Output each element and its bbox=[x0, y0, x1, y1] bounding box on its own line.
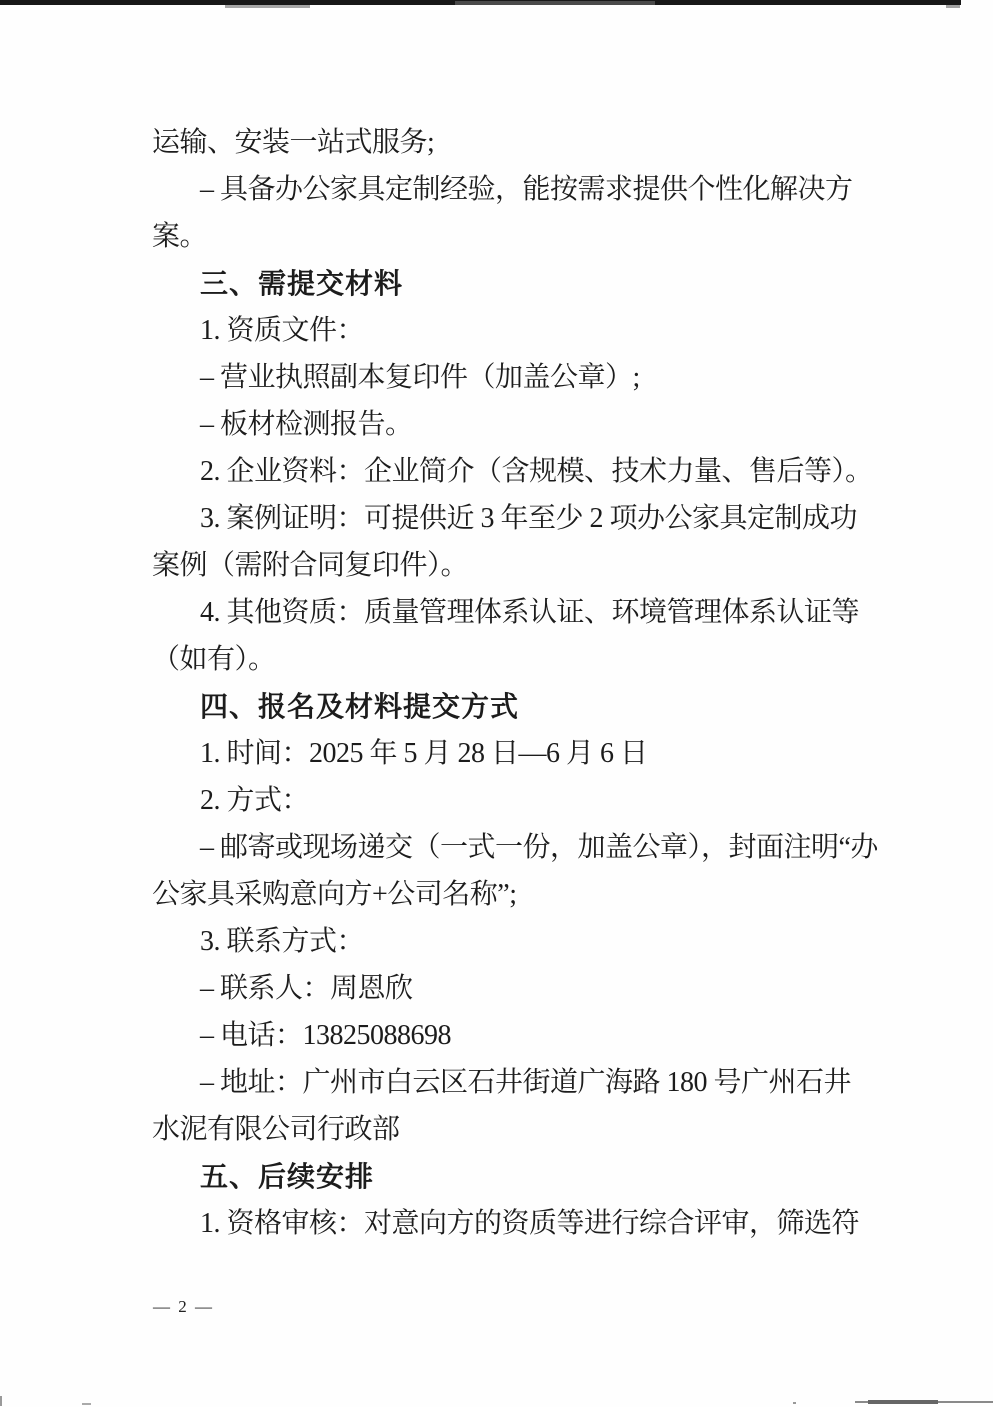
doc-line-contact-address: – 地址：广州市白云区石井街道广海路 180 号广州石井 bbox=[152, 1059, 846, 1106]
doc-line: 案。 bbox=[152, 213, 846, 260]
doc-line: 案例（需附合同复印件）。 bbox=[152, 542, 846, 589]
doc-line: 1. 资格审核：对意向方的资质等进行综合评审，筛选符 bbox=[152, 1200, 846, 1247]
doc-line: 公家具采购意向方+公司名称”; bbox=[152, 871, 846, 918]
scan-artifact-top-right-tick bbox=[946, 5, 960, 8]
doc-line: 3. 案例证明：可提供近 3 年至少 2 项办公家具定制成功 bbox=[152, 495, 846, 542]
doc-line-contact-person: – 联系人：周恩欣 bbox=[152, 965, 846, 1012]
section-heading-submission: 四、报名及材料提交方式 bbox=[152, 683, 846, 730]
doc-line: （如有）。 bbox=[152, 636, 846, 683]
scanned-document-page: 运输、安装一站式服务; – 具备办公家具定制经验，能按需求提供个性化解决方 案。… bbox=[0, 0, 993, 1407]
page-number: — 2 — bbox=[153, 1296, 214, 1318]
scan-artifact-bottom-dot bbox=[793, 1402, 796, 1404]
scan-artifact-bottom-left-tick bbox=[0, 1396, 2, 1406]
document-body: 运输、安装一站式服务; – 具备办公家具定制经验，能按需求提供个性化解决方 案。… bbox=[152, 119, 846, 1247]
scan-artifact-top-bar-light bbox=[455, 1, 655, 5]
doc-line-contact-phone: – 电话：13825088698 bbox=[152, 1012, 846, 1059]
scan-artifact-bottom-dash bbox=[82, 1403, 91, 1405]
scan-artifact-top-speckle bbox=[225, 5, 310, 8]
section-heading-materials: 三、需提交材料 bbox=[152, 260, 846, 307]
doc-line: – 板材检测报告。 bbox=[152, 401, 846, 448]
doc-line: 运输、安装一站式服务; bbox=[152, 119, 846, 166]
doc-line: 2. 方式： bbox=[152, 777, 846, 824]
doc-line: 2. 企业资料：企业简介（含规模、技术力量、售后等）。 bbox=[152, 448, 846, 495]
doc-line: 1. 资质文件： bbox=[152, 307, 846, 354]
scan-artifact-bottom-line-dark bbox=[868, 1400, 938, 1404]
doc-line: 4. 其他资质：质量管理体系认证、环境管理体系认证等 bbox=[152, 589, 846, 636]
doc-line: – 邮寄或现场递交（一式一份，加盖公章），封面注明“办 bbox=[152, 824, 846, 871]
doc-line: – 营业执照副本复印件（加盖公章）; bbox=[152, 354, 846, 401]
doc-line: 1. 时间：2025 年 5 月 28 日—6 月 6 日 bbox=[152, 730, 846, 777]
doc-line: 水泥有限公司行政部 bbox=[152, 1106, 846, 1153]
doc-line: 3. 联系方式： bbox=[152, 918, 846, 965]
section-heading-followup: 五、后续安排 bbox=[152, 1153, 846, 1200]
doc-line: – 具备办公家具定制经验，能按需求提供个性化解决方 bbox=[152, 166, 846, 213]
